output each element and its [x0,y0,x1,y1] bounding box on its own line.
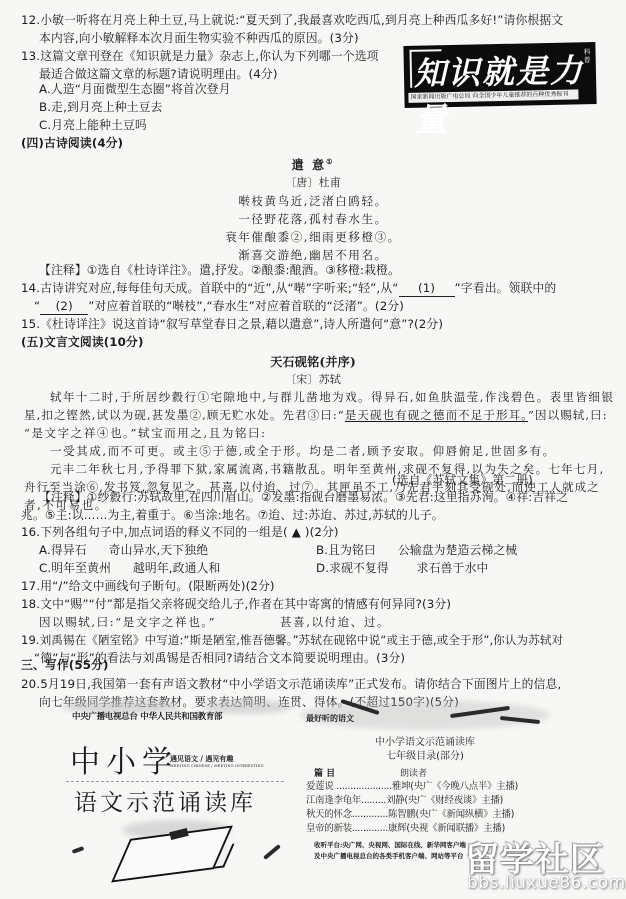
listening-platform-note-2: 及中央广播电视总台的各类手机客户端、网站等平台 [314,851,464,860]
question-16-option-b: B.且为铭曰 公输盘为楚造云梯之械 [316,543,517,558]
option-a-pair: 奇山异水,天下独绝 [109,543,208,557]
magazine-logo-side-text: 科普 [583,48,591,64]
question-12-continued: 本内容,向小敏解释本次月面生物实验不种西瓜的原因。(3分) [39,31,359,46]
poem-title: 遣 意① [0,158,626,173]
catalog-row: 爱莲说 ....................雅坤(央广《今晚八点半》主播) [306,778,518,792]
option-b-label: B.且为铭曰 [316,543,376,557]
essay-inscription: 一受其成,而不可更。或主⑤于德,或全于形。均是二者,顾予安取。仰唇俯足,世固多有… [50,444,556,459]
essay-annotation-line1: 【注释】①纱縠行:苏轼故里,在四川眉山。②发墨:指砚台磨墨易浓。③先君:这里指苏… [39,490,568,505]
option-a-label: A.得异石 [39,543,87,557]
question-17: 17.用“/”给文中画线句子断句。(限断两处)(2分) [21,579,275,594]
brush-stroke-decoration [263,844,281,860]
question-18-quote-2: 甚喜,以付迨、过。 [280,615,390,630]
watermark-url: bbs.liuxue86.com [467,873,626,893]
poster-publishers: 中央广播电视总台 中华人民共和国教育部 [72,710,222,722]
essay-title: 天石砚铭(并序) [0,355,626,370]
poem-line-2: 一径野花落,孤村春水生。 [0,212,626,227]
question-12: 12.小敏一听将在月亮上种土豆,马上就说:“夏天到了,我最喜欢吃西瓜,到月亮上种… [21,13,563,28]
question-16: 16.下列各组句子中,加点词语的释义不同的一组是( ▲ )(2分) [21,525,339,540]
question-15: 15.《杜诗详注》说这首诗“叙写草堂春日之景,藉以遣意”,诗人所遣何“意”?(2… [21,317,443,332]
option-d-label: D.求砚不复得 [316,561,389,575]
question-18: 18.文中“赐”“付”都是指父亲将砚交给儿子,作者在其中寄寓的情感有何异同?(3… [21,597,451,612]
underlined-sentence: 是天砚也有砚之德而不足于形耳。 [345,408,528,422]
section-heading-classical: (五)文言文阅读(10分) [21,335,144,350]
catalog-row: 秋天的怀念.............陈智鹏(央广《新闻纵横》主播) [306,806,514,820]
poster-image-left: 中央广播电视总台 中华人民共和国教育部 中小学 遇见语文 / 遇见有趣 MEET… [62,700,294,890]
question-14: 14.古诗讲究对应,每每佳句天成。首联中的“近”,从“啭”字听来;“轻”,从“(… [21,281,556,297]
poster-tagline-en: MEETING CHINESE / MEETING INTERESTING [170,764,264,768]
option-c-label: C.明年至黄州 [39,561,111,575]
poem-title-text: 遣 意 [292,158,327,172]
question-18-quote-1: 因以赐轼,曰:“是文字之祥也。” [39,615,216,630]
question-14-text-c: ”对应着首联的“啭枝”,“春水生”对应着首联的“泛渚”。(2分) [88,299,404,313]
question-13: 13.这篇文章刊登在《知识就是力量》杂志上,你认为下列哪一个选项 [21,49,379,64]
question-16-option-a: A.得异石 奇山异水,天下独绝 [39,543,208,558]
poem-line-3: 衰年催酿黍②,细雨更移橙③。 [0,230,626,245]
option-c-pair: 越明年,政通人和 [133,561,221,575]
essay-p1-line1: 轼年十二时,于所居纱縠行①宅隙地中,与群儿凿地为戏。得异石,如鱼肤温莹,作浅碧色… [50,390,614,405]
question-13-option-a: A.人造“月面微型生态圈”将首次登月 [39,82,231,97]
question-13-continued: 最适合做这篇文章的标题?请说明理由。(4分) [39,67,278,82]
question-16-option-d: D.求砚不复得 求石兽于水中 [316,561,488,576]
poster-tagline: 遇见语文 / 遇见有趣 [170,754,233,764]
site-watermark: 留学社区 bbs.liuxue86.com [457,836,626,896]
brush-stroke-decoration [72,846,85,854]
question-16-option-c: C.明年至黄州 越明年,政通人和 [39,561,220,576]
poster-right-subtitle: 七年级目录(部分) [300,747,550,762]
essay-source: (选自《苏轼文集》第二册) [392,473,533,488]
magazine-logo: 知识就是力量 科普 国家新闻出版广电总局 向全国少年儿童推荐的百种优秀报刊 [403,42,596,108]
question-14-continued: “(2)”对应着首联的“啭枝”,“春水生”对应着首联的“泛渚”。(2分) [34,299,404,315]
question-14-text-a: 14.古诗讲究对应,每每佳句天成。首联中的“近”,从“啭”字听来;“轻”,从“ [21,281,399,295]
essay-p1-line2-b: ”因以赐轼,曰: [528,408,608,422]
option-b-pair: 公输盘为楚造云梯之械 [398,543,517,557]
listening-platform-note-1: 收听平台:央广网、央视网、国际在线、新华网客户端 [314,840,466,849]
section-heading-poetry: (四)古诗阅读(4分) [21,136,123,151]
question-13-option-b: B.走,到月亮上种土豆去 [39,100,163,115]
essay-p1-line2-a: 星,扣之铿然,试以为砚,甚发墨②,顾无贮水处。先君③曰:“ [24,408,345,422]
answer-blank-1[interactable]: (1) [399,281,455,297]
question-19: 19.刘禹锡在《陋室铭》中写道:“斯是陋室,惟吾德馨。”苏轼在砚铭中说“或主于德… [21,633,563,648]
poem-line-1: 啭枝黄鸟近,泛渚白鸥轻。 [0,194,626,209]
essay-author: 〔宋〕苏轼 [0,372,626,387]
essay-annotation-line2: 兆。⑤主:以……为主,着重于。⑥当涂:地名。⑦迨、过:苏迨、苏过,苏轼的儿子。 [21,508,444,523]
essay-p1-line2: 星,扣之铿然,试以为砚,甚发墨②,顾无贮水处。先君③曰:“是天砚也有砚之德而不足… [24,408,608,423]
poster-right-title: 中小学语文示范诵读库 [300,733,550,748]
poem-author: 〔唐〕杜甫 [0,175,626,190]
question-19-continued: “德”与“形”的看法与刘禹锡是否相同?请结合文本简要说明理由。(3分) [34,651,405,666]
question-13-option-c: C.月亮上能种土豆吗 [39,118,147,133]
poster-title-line2: 语文示范诵读库 [74,784,256,817]
poem-annotation: 【注释】①选自《杜诗详注》。遣,抒发。②酿黍:酿酒。③移橙:栽橙。 [39,263,400,278]
poster-divider [66,781,284,782]
poster-right-heading: 最好听的语文 [306,713,354,724]
poem-line-4: 渐喜交游绝,幽居不用名。 [0,248,626,263]
option-d-pair: 求石兽于水中 [417,561,489,575]
answer-blank-2[interactable]: (2) [40,299,88,315]
question-14-text-b: ”字看出。领联中的 [455,281,557,295]
essay-p1-line3: “是文字之祥④也。”轼宝而用之,且为铭曰: [24,426,267,441]
poster-title-line1: 中小学 [70,737,178,781]
poem-title-footnote: ① [326,157,334,166]
catalog-row: 江南逢李龟年.........刘静(央广《财经夜谈》主播) [306,792,503,806]
